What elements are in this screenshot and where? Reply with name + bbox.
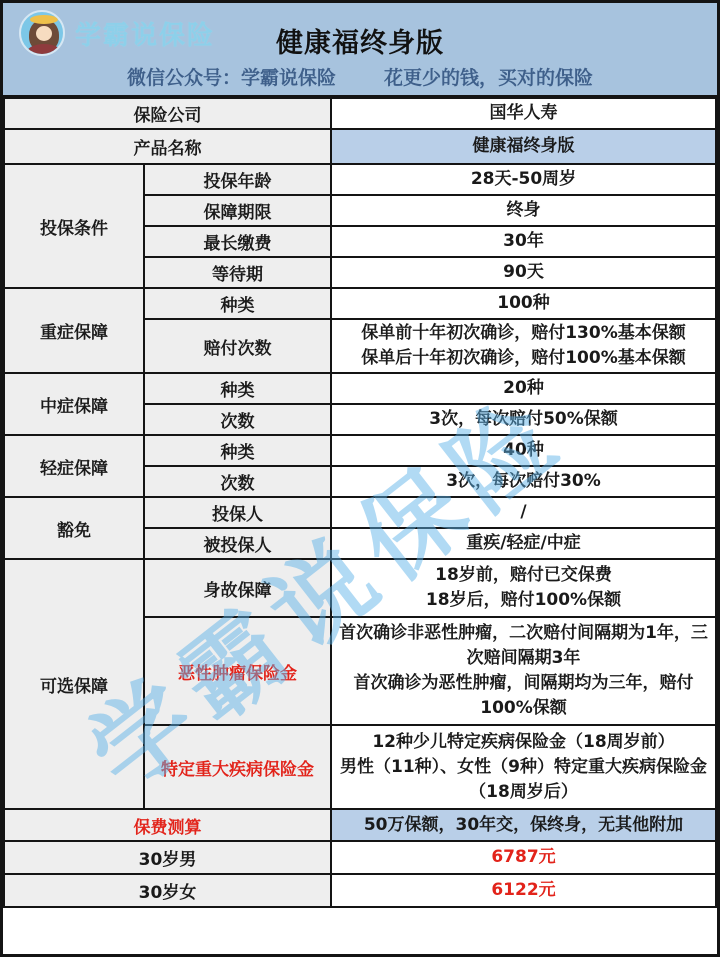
row-label: 等待期 (144, 257, 331, 288)
row-value: 首次确诊非恶性肿瘤，二次赔付间隔期为1年，三次赔间隔期3年 首次确诊为恶性肿瘤，… (331, 617, 716, 725)
slogan-text: 花更少的钱，买对的保险 (384, 63, 593, 90)
row-label-specific-disease: 特定重大疾病保险金 (144, 725, 331, 809)
table-row-female-price: 30岁女 6122元 (4, 874, 716, 907)
row-value: 重疾/轻症/中症 (331, 528, 716, 559)
product-label: 产品名称 (4, 129, 331, 164)
group-label-optional: 可选保障 (4, 559, 144, 809)
group-label-waiver: 豁免 (4, 497, 144, 559)
row-value: 18岁前，赔付已交保费 18岁后，赔付100%保额 (331, 559, 716, 617)
row-value: 3次，每次赔付50%保额 (331, 404, 716, 435)
female-price: 6122元 (331, 874, 716, 907)
infographic-page: 学霸说保险 健康福终身版 微信公众号：学霸说保险 花更少的钱，买对的保险 保险公… (0, 0, 720, 957)
row-label: 身故保障 (144, 559, 331, 617)
row-value: 90天 (331, 257, 716, 288)
row-value: 3次，每次赔付30% (331, 466, 716, 497)
row-value: / (331, 497, 716, 528)
row-label: 次数 (144, 466, 331, 497)
row-label: 种类 (144, 435, 331, 466)
row-label: 赔付次数 (144, 319, 331, 373)
premium-label: 保费测算 (4, 809, 331, 841)
table-row-male-price: 30岁男 6787元 (4, 841, 716, 874)
table-row: 投保条件 投保年龄 28天-50周岁 (4, 164, 716, 195)
female-label: 30岁女 (4, 874, 331, 907)
row-label: 被投保人 (144, 528, 331, 559)
row-label: 最长缴费 (144, 226, 331, 257)
row-value: 100种 (331, 288, 716, 319)
wechat-account-text: 微信公众号：学霸说保险 (127, 63, 336, 90)
row-value: 12种少儿特定疾病保险金（18周岁前） 男性（11种）、女性（9种）特定重大疾病… (331, 725, 716, 809)
row-label: 种类 (144, 288, 331, 319)
row-value: 保单前十年初次确诊，赔付130%基本保额 保单后十年初次确诊，赔付100%基本保… (331, 319, 716, 373)
table-row: 轻症保障 种类 40种 (4, 435, 716, 466)
table-row: 中症保障 种类 20种 (4, 373, 716, 404)
table-row: 可选保障 身故保障 18岁前，赔付已交保费 18岁后，赔付100%保额 (4, 559, 716, 617)
table-row-premium: 保费测算 50万保额，30年交，保终身，无其他附加 (4, 809, 716, 841)
row-label: 种类 (144, 373, 331, 404)
page-title: 健康福终身版 (3, 21, 717, 60)
table-row-product: 产品名称 健康福终身版 (4, 129, 716, 164)
company-label: 保险公司 (4, 98, 331, 129)
row-label: 保障期限 (144, 195, 331, 226)
group-label-critical: 重症保障 (4, 288, 144, 373)
row-label-malignant-tumor: 恶性肿瘤保险金 (144, 617, 331, 725)
group-label-mild: 轻症保障 (4, 435, 144, 497)
company-value: 国华人寿 (331, 98, 716, 129)
row-value: 终身 (331, 195, 716, 226)
row-value: 28天-50周岁 (331, 164, 716, 195)
header-band: 学霸说保险 健康福终身版 微信公众号：学霸说保险 花更少的钱，买对的保险 (3, 3, 717, 97)
table-row: 豁免 投保人 / (4, 497, 716, 528)
row-label: 次数 (144, 404, 331, 435)
header-subtitle: 微信公众号：学霸说保险 花更少的钱，买对的保险 (3, 63, 717, 90)
row-value: 30年 (331, 226, 716, 257)
row-label: 投保人 (144, 497, 331, 528)
male-price: 6787元 (331, 841, 716, 874)
product-table: 保险公司 国华人寿 产品名称 健康福终身版 投保条件 投保年龄 28天-50周岁… (3, 97, 717, 908)
male-label: 30岁男 (4, 841, 331, 874)
product-value: 健康福终身版 (331, 129, 716, 164)
group-label-moderate: 中症保障 (4, 373, 144, 435)
group-label-conditions: 投保条件 (4, 164, 144, 288)
premium-value: 50万保额，30年交，保终身，无其他附加 (331, 809, 716, 841)
table-row: 重症保障 种类 100种 (4, 288, 716, 319)
row-value: 40种 (331, 435, 716, 466)
row-value: 20种 (331, 373, 716, 404)
row-label: 投保年龄 (144, 164, 331, 195)
table-row-company: 保险公司 国华人寿 (4, 98, 716, 129)
